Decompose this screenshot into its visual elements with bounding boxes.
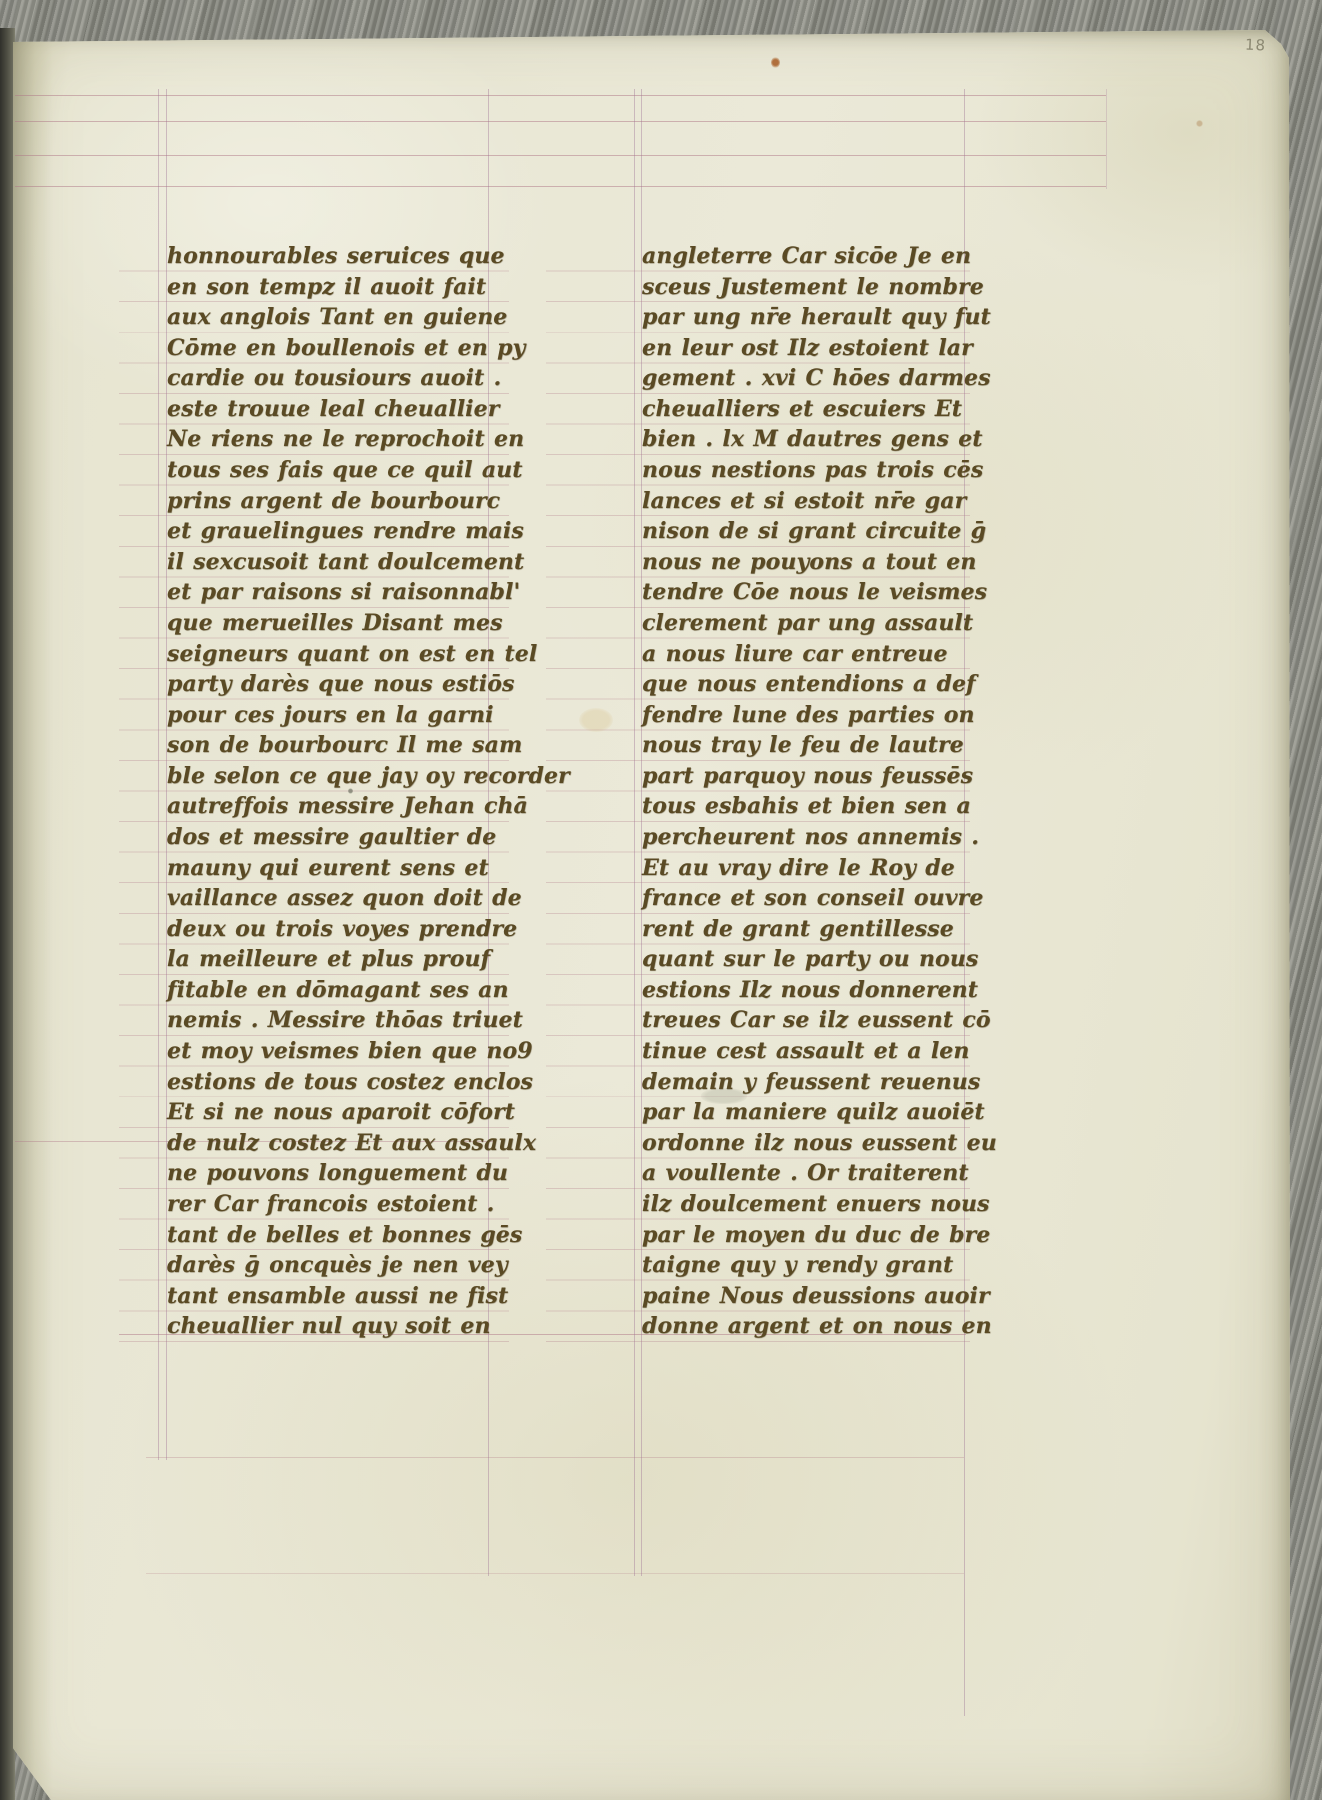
manuscript-line: que nous entendions a def xyxy=(642,669,997,700)
manuscript-line: Ne riens ne le reprochoit en xyxy=(167,424,570,455)
ink-speck xyxy=(348,788,353,794)
manuscript-line: pour ces jours en la garni xyxy=(167,699,570,730)
manuscript-line: clerement par ung assault xyxy=(642,608,997,639)
manuscript-line: la meilleure et plus prouf xyxy=(167,944,570,975)
manuscript-line: tendre Cōe nous le veismes xyxy=(642,577,997,608)
manuscript-line: par la maniere quilz auoiēt xyxy=(642,1097,997,1128)
manuscript-line: rer Car francois estoient . xyxy=(167,1189,570,1220)
manuscript-line: son de bourbourc Il me sam xyxy=(167,730,570,761)
manuscript-line: Et au vray dire le Roy de xyxy=(642,852,997,883)
manuscript-line: autreffois messire Jehan chā xyxy=(167,791,570,822)
manuscript-line: et moy veismes bien que no9 xyxy=(167,1036,570,1067)
manuscript-line: ne pouvons longuement du xyxy=(167,1158,570,1189)
text-column-right: angleterre Car sicōe Je ensceus Justemen… xyxy=(642,241,997,1342)
ruling-line-horizontal xyxy=(15,186,1106,187)
manuscript-line: este trouue leal cheuallier xyxy=(167,394,570,425)
manuscript-line: bien . lx M dautres gens et xyxy=(642,424,997,455)
manuscript-line: a voullente . Or traiterent xyxy=(642,1158,997,1189)
manuscript-line: et grauelingues rendre mais xyxy=(167,516,570,547)
manuscript-line: demain y feussent reuenus xyxy=(642,1066,997,1097)
manuscript-line: nison de si grant circuite ḡ xyxy=(642,516,997,547)
manuscript-line: fendre lune des parties on xyxy=(642,699,997,730)
manuscript-line: dos et messire gaultier de xyxy=(167,822,570,853)
manuscript-line: gement . xvi C hōes darmes xyxy=(642,363,997,394)
ruling-line-horizontal xyxy=(15,95,1106,96)
manuscript-line: par le moyen du duc de bre xyxy=(642,1219,997,1250)
manuscript-line: tant ensamble aussi ne fist xyxy=(167,1280,570,1311)
manuscript-line: tinue cest assault et a len xyxy=(642,1036,997,1067)
manuscript-line: nemis . Messire thōas triuet xyxy=(167,1005,570,1036)
manuscript-line: part parquoy nous feussēs xyxy=(642,761,997,792)
ruling-line-horizontal xyxy=(146,1573,964,1574)
manuscript-line: honnourables seruices que xyxy=(167,241,570,272)
manuscript-line: ilz doulcement enuers nous xyxy=(642,1189,997,1220)
ruling-line-horizontal xyxy=(15,121,1106,122)
manuscript-line: estions de tous costez enclos xyxy=(167,1066,570,1097)
manuscript-line: et par raisons si raisonnabl' xyxy=(167,577,570,608)
manuscript-line: estions Ilz nous donnerent xyxy=(642,975,997,1006)
ruling-line-horizontal xyxy=(146,1457,964,1458)
manuscript-line: par ung nr̄e herault quy fut xyxy=(642,302,997,333)
manuscript-line: angleterre Car sicōe Je en xyxy=(642,241,997,272)
manuscript-line: tous esbahis et bien sen a xyxy=(642,791,997,822)
smudge-stain xyxy=(701,1088,747,1104)
yellow-stain xyxy=(579,708,613,732)
book-edge xyxy=(0,28,15,1800)
manuscript-line: donne argent et on nous en xyxy=(642,1311,997,1342)
manuscript-line: france et son conseil ouvre xyxy=(642,883,997,914)
manuscript-line: cheualliers et escuiers Et xyxy=(642,394,997,425)
rust-stain xyxy=(1196,120,1203,127)
manuscript-line: ble selon ce que jay oy recorder xyxy=(167,761,570,792)
folio-number: 18 xyxy=(1245,35,1267,54)
manuscript-line: tous ses fais que ce quil aut xyxy=(167,455,570,486)
manuscript-line: sceus Justement le nombre xyxy=(642,271,997,302)
manuscript-line: Cōme en boullenois et en py xyxy=(167,332,570,363)
manuscript-line: de nulz costez Et aux assaulx xyxy=(167,1127,570,1158)
manuscript-line: deux ou trois voyes prendre xyxy=(167,913,570,944)
manuscript-line: nous tray le feu de lautre xyxy=(642,730,997,761)
manuscript-line: party darès que nous estiōs xyxy=(167,669,570,700)
manuscript-line: nous ne pouyons a tout en xyxy=(642,546,997,577)
manuscript-line: seigneurs quant on est en tel xyxy=(167,638,570,669)
manuscript-line: treues Car se ilz eussent cō xyxy=(642,1005,997,1036)
manuscript-line: tant de belles et bonnes gēs xyxy=(167,1219,570,1250)
manuscript-line: en son tempz il auoit fait xyxy=(167,271,570,302)
manuscript-line: en leur ost Ilz estoient lar xyxy=(642,332,997,363)
manuscript-line: prins argent de bourbourc xyxy=(167,485,570,516)
manuscript-line: percheurent nos annemis . xyxy=(642,822,997,853)
manuscript-line: fitable en dōmagant ses an xyxy=(167,975,570,1006)
manuscript-page: honnourables seruices queen son tempz il… xyxy=(13,26,1290,1800)
manuscript-line: nous nestions pas trois cēs xyxy=(642,455,997,486)
manuscript-line: cardie ou tousiours auoit . xyxy=(167,363,570,394)
manuscript-line: vaillance assez quon doit de xyxy=(167,883,570,914)
manuscript-line: mauny qui eurent sens et xyxy=(167,852,570,883)
rust-stain xyxy=(771,57,780,68)
manuscript-line: lances et si estoit nr̄e gar xyxy=(642,485,997,516)
photograph-backdrop: honnourables seruices queen son tempz il… xyxy=(0,0,1322,1800)
manuscript-line: il sexcusoit tant doulcement xyxy=(167,546,570,577)
manuscript-line: ordonne ilz nous eussent eu xyxy=(642,1127,997,1158)
manuscript-line: darès ḡ oncquès je nen vey xyxy=(167,1250,570,1281)
manuscript-line: a nous liure car entreue xyxy=(642,638,997,669)
manuscript-line: taigne quy y rendy grant xyxy=(642,1250,997,1281)
manuscript-line: cheuallier nul quy soit en xyxy=(167,1311,570,1342)
manuscript-line: rent de grant gentillesse xyxy=(642,913,997,944)
manuscript-line: quant sur le party ou nous xyxy=(642,944,997,975)
manuscript-line: que merueilles Disant mes xyxy=(167,608,570,639)
text-column-left: honnourables seruices queen son tempz il… xyxy=(167,241,570,1342)
manuscript-line: aux anglois Tant en guiene xyxy=(167,302,570,333)
ruling-line-horizontal xyxy=(15,155,1106,156)
manuscript-line: paine Nous deussions auoir xyxy=(642,1280,997,1311)
page-gutter-shading xyxy=(13,26,53,1800)
manuscript-line: Et si ne nous aparoit cōfort xyxy=(167,1097,570,1128)
ruling-line-vertical xyxy=(1106,89,1107,189)
